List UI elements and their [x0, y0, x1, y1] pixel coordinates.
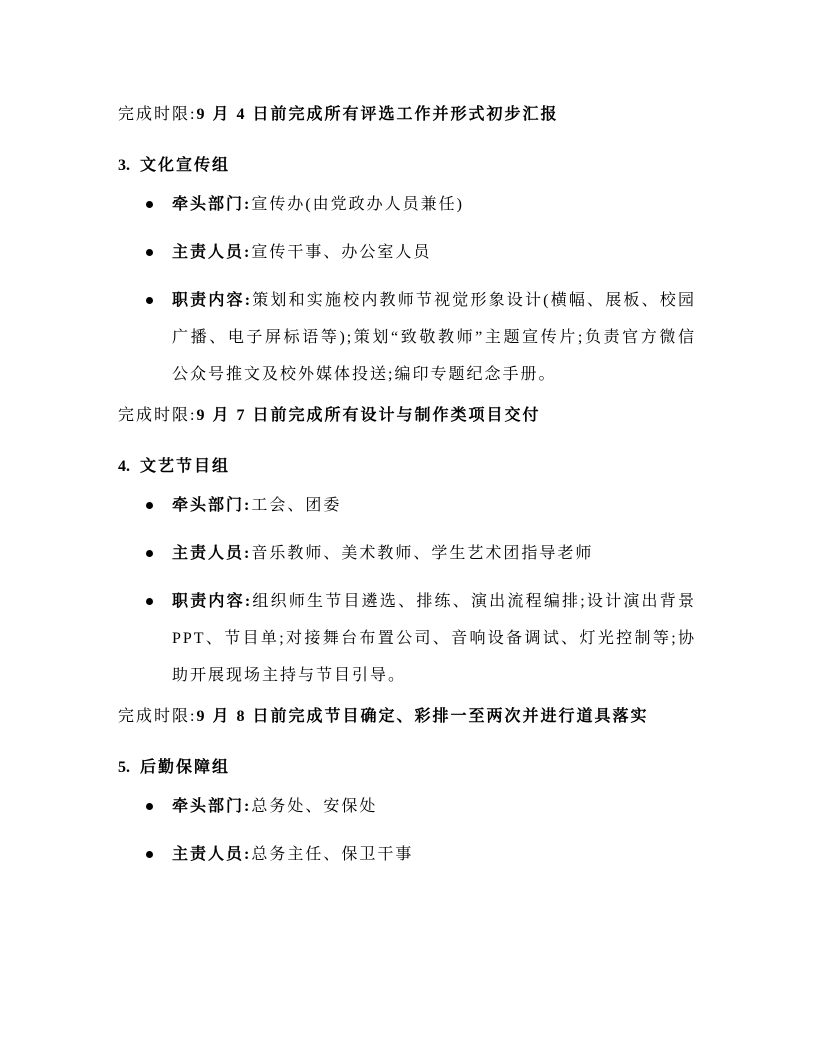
bullet-icon [146, 598, 153, 605]
deadline-text: 9 月 4 日前完成所有评选工作并形式初步汇报 [196, 106, 558, 123]
heading-title: 文化宣传组 [140, 157, 230, 174]
bullet-icon [146, 297, 153, 304]
field-label: 职责内容: [172, 292, 252, 309]
field-label: 职责内容: [172, 593, 252, 610]
field-value: 宣传干事、办公室人员 [251, 244, 431, 261]
field-value: 宣传办(由党政办人员兼任) [251, 196, 464, 213]
bullet-icon [146, 851, 153, 858]
deadline-paragraph: 完成时限:9 月 4 日前完成所有评选工作并形式初步汇报 [118, 96, 696, 133]
field-label: 主责人员: [172, 545, 251, 562]
deadline-label: 完成时限: [118, 407, 196, 424]
bullet-item: 主责人员:音乐教师、美术教师、学生艺术团指导老师 [118, 535, 696, 572]
field-label: 主责人员: [172, 244, 251, 261]
bullet-icon [146, 803, 153, 810]
field-label: 牵头部门: [172, 196, 251, 213]
field-label: 主责人员: [172, 846, 251, 863]
bullet-item: 主责人员:宣传干事、办公室人员 [118, 234, 696, 271]
field-value: 总务主任、保卫干事 [251, 846, 413, 863]
bullet-icon [146, 502, 153, 509]
section-heading: 4.文艺节目组 [118, 448, 696, 485]
field-value: 工会、团委 [251, 497, 341, 514]
deadline-text: 9 月 8 日前完成节目确定、彩排一至两次并进行道具落实 [196, 708, 648, 725]
document-page: 完成时限:9 月 4 日前完成所有评选工作并形式初步汇报 3.文化宣传组 牵头部… [0, 0, 816, 1056]
bullet-icon [146, 201, 153, 208]
deadline-label: 完成时限: [118, 106, 196, 123]
field-label: 牵头部门: [172, 497, 251, 514]
bullet-item: 牵头部门:宣传办(由党政办人员兼任) [118, 186, 696, 223]
heading-number: 4. [118, 448, 130, 485]
bullet-item: 主责人员:总务主任、保卫干事 [118, 836, 696, 873]
bullet-icon [146, 550, 153, 557]
bullet-item: 职责内容:策划和实施校内教师节视觉形象设计(横幅、展板、校园广播、电子屏标语等)… [118, 282, 696, 393]
field-value: 总务处、安保处 [251, 798, 377, 815]
heading-number: 3. [118, 147, 130, 184]
deadline-text: 9 月 7 日前完成所有设计与制作类项目交付 [196, 407, 540, 424]
heading-title: 后勤保障组 [140, 759, 230, 776]
heading-title: 文艺节目组 [140, 458, 230, 475]
deadline-label: 完成时限: [118, 708, 196, 725]
heading-number: 5. [118, 749, 130, 786]
section-heading: 5.后勤保障组 [118, 749, 696, 786]
deadline-paragraph: 完成时限:9 月 8 日前完成节目确定、彩排一至两次并进行道具落实 [118, 698, 696, 735]
bullet-item: 牵头部门:总务处、安保处 [118, 788, 696, 825]
deadline-paragraph: 完成时限:9 月 7 日前完成所有设计与制作类项目交付 [118, 397, 696, 434]
bullet-item: 职责内容:组织师生节目遴选、排练、演出流程编排;设计演出背景 PPT、节目单;对… [118, 583, 696, 694]
bullet-item: 牵头部门:工会、团委 [118, 487, 696, 524]
field-label: 牵头部门: [172, 798, 251, 815]
field-value: 音乐教师、美术教师、学生艺术团指导老师 [251, 545, 593, 562]
section-heading: 3.文化宣传组 [118, 147, 696, 184]
bullet-icon [146, 249, 153, 256]
